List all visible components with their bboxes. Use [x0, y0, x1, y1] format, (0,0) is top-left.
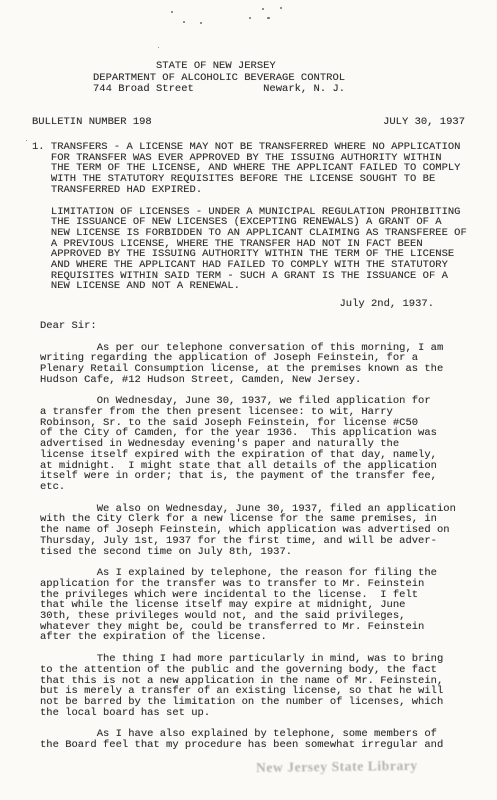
- scan-speck: [183, 21, 185, 23]
- letter-date: July 2nd, 1937.: [32, 299, 468, 310]
- letter-paragraph: As per our telephone conversation of thi…: [40, 343, 468, 386]
- scan-speck: [280, 7, 282, 9]
- scan-speck: [267, 17, 270, 19]
- scan-speck: [26, 140, 27, 141]
- letterhead: STATE OF NEW JERSEY DEPARTMENT OF ALCOHO…: [93, 61, 345, 96]
- letter-paragraph: We also on Wednesday, June 30, 1937, fil…: [40, 504, 468, 558]
- scan-speck: [200, 22, 202, 24]
- letter-paragraph: On Wednesday, June 30, 1937, we filed ap…: [40, 396, 468, 492]
- letter-paragraph: As I explained by telephone, the reason …: [40, 568, 468, 643]
- scan-speck: [171, 11, 173, 13]
- scan-speck: [158, 47, 159, 48]
- bulletin-issue-date: JULY 30, 1937: [383, 117, 465, 128]
- scanned-document-page: STATE OF NEW JERSEY DEPARTMENT OF ALCOHO…: [0, 0, 497, 800]
- letter-salutation: Dear Sir:: [40, 321, 468, 332]
- library-stamp: New Jersey State Library: [256, 761, 418, 774]
- digest-item-1-transfers: 1. TRANSFERS - A LICENSE MAY NOT BE TRAN…: [32, 142, 468, 196]
- scan-speck: [249, 17, 251, 19]
- scan-speck: [262, 8, 264, 10]
- letter-paragraph: The thing I had more particularly in min…: [40, 654, 468, 718]
- digest-item-1-limitation: LIMITATION OF LICENSES - UNDER A MUNICIP…: [32, 207, 468, 293]
- bulletin-title-row: BULLETIN NUMBER 198 JULY 30, 1937: [32, 117, 465, 128]
- bulletin-number: BULLETIN NUMBER 198: [32, 117, 152, 128]
- letter-paragraph: As I have also explained by telephone, s…: [40, 729, 468, 750]
- document-body: 1. TRANSFERS - A LICENSE MAY NOT BE TRAN…: [32, 142, 468, 751]
